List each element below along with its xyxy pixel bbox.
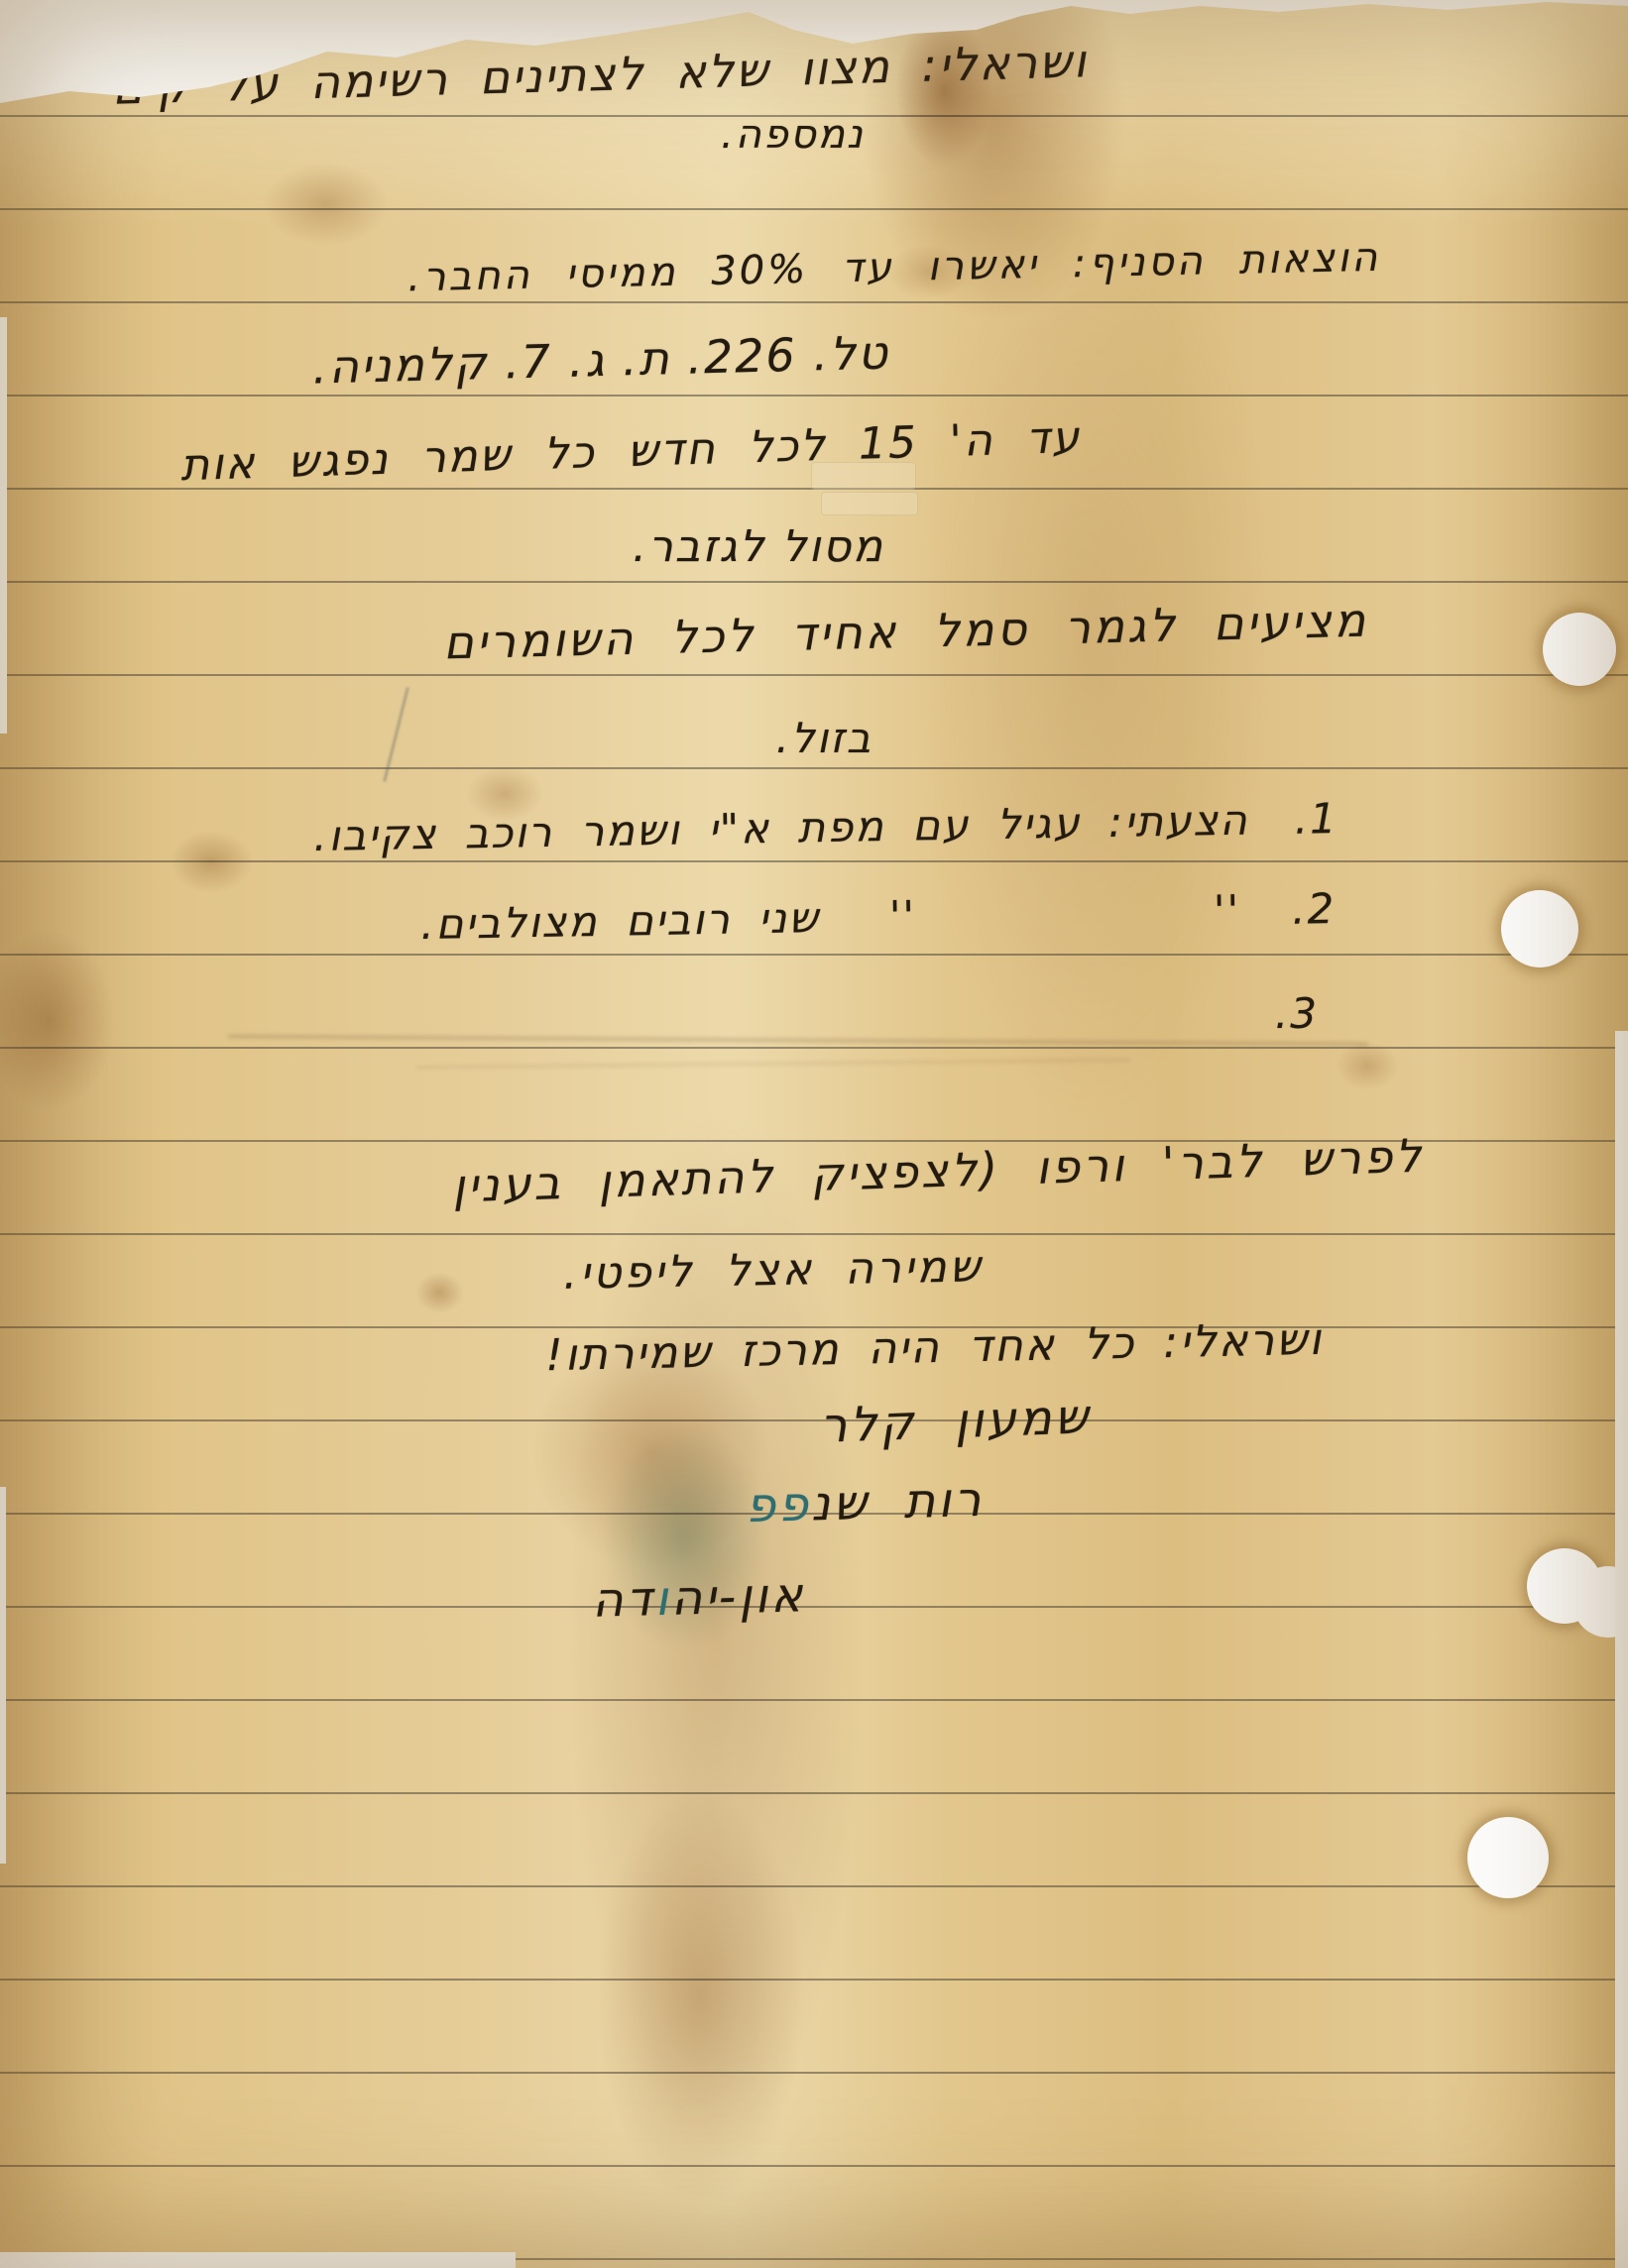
punch-hole-2 <box>1501 890 1578 967</box>
scan-edge-right <box>1615 1031 1628 2268</box>
scan-edge-bottom <box>0 2252 516 2268</box>
signature-2-black: רות שנ <box>810 1472 985 1532</box>
list-item-3: 3. <box>1275 993 1319 1035</box>
handwritten-line-6: מסול לגזבר. <box>633 525 884 569</box>
handwritten-line-4: טל. 226. ת. ג. 7. קלמניה. <box>312 329 890 390</box>
signature-3-teal: ו <box>654 1571 672 1627</box>
punch-hole-4 <box>1467 1817 1549 1898</box>
ditto-mark: '' <box>888 895 916 937</box>
signature-2-teal: פפ <box>745 1476 811 1533</box>
ditto-mark: '' <box>1213 890 1240 932</box>
item-2-text: שני רובים מצולבים. <box>419 893 820 949</box>
signature-3: און-יהודה <box>591 1571 805 1625</box>
signature-1: שמעון קלר <box>819 1393 1092 1450</box>
item-3-number: 3. <box>1275 993 1319 1035</box>
signature-2: רות שנפפ <box>745 1476 984 1530</box>
embossed-mark <box>821 492 918 515</box>
item-1-number: 1. <box>1294 798 1338 841</box>
signature-3-pre: און-יה <box>670 1567 806 1627</box>
item-2-number: 2. <box>1291 888 1336 931</box>
handwritten-line-2: נמספה. <box>721 115 865 155</box>
handwritten-line-13: שמירה אצל ליפטי. <box>563 1245 984 1296</box>
handwritten-line-8: בזול. <box>776 718 873 759</box>
scan-edge-left-2 <box>0 1487 6 1864</box>
paper-sheet: ושראלי: מצוו שלא לצתינים רשימה על קים נמ… <box>0 0 1628 2268</box>
punch-hole-1 <box>1543 613 1616 686</box>
scanned-document: ושראלי: מצוו שלא לצתינים רשימה על קים נמ… <box>0 0 1628 2268</box>
scan-edge-left-1 <box>0 317 7 734</box>
signature-3-post: דה <box>591 1571 655 1629</box>
